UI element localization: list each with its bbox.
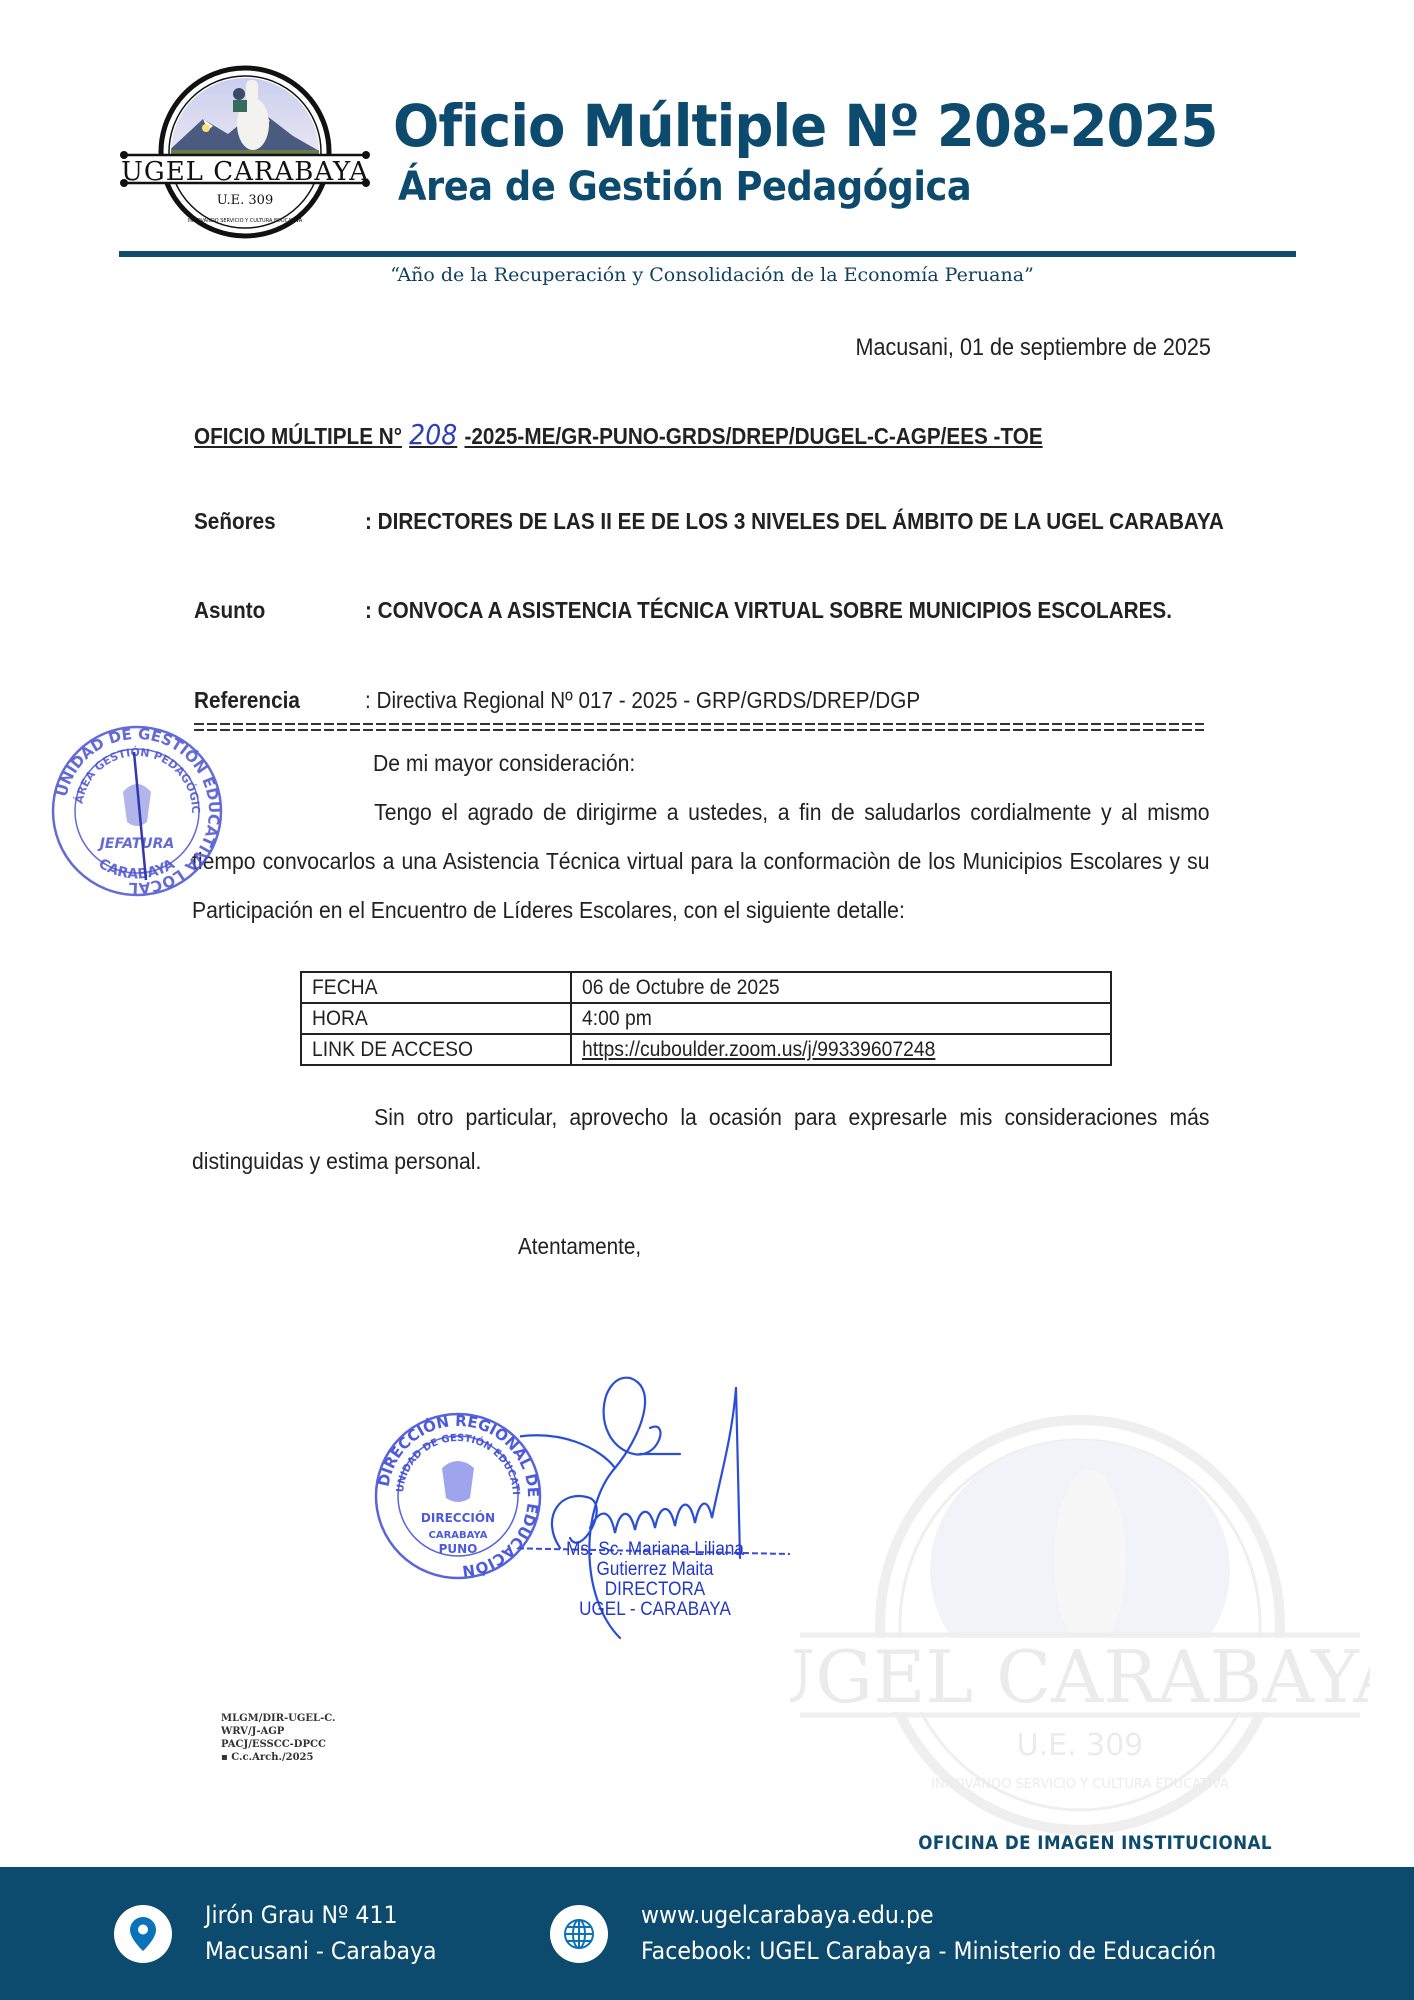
- address-line-1: Jirón Grau Nº 411: [205, 1897, 437, 1933]
- place-date: Macusani, 01 de septiembre de 2025: [856, 334, 1211, 362]
- detail-label: LINK DE ACCESO: [312, 1035, 473, 1064]
- field-value: : Directiva Regional Nº 017 - 2025 - GRP…: [365, 687, 920, 713]
- table-row: FECHA 06 de Octubre de 2025: [301, 972, 1111, 1003]
- oficio-reference: OFICIO MÚLTIPLE N°208-2025-ME/GR-PUNO-GR…: [194, 418, 1043, 451]
- office-label: OFICINA DE IMAGEN INSTITUCIONAL: [918, 1832, 1272, 1854]
- details-table: FECHA 06 de Octubre de 2025 HORA 4:00 pm…: [300, 971, 1112, 1066]
- jefatura-stamp: UNIDAD DE GESTIÓN EDUCATIVA LOCAL ÁREA G…: [48, 722, 226, 900]
- facebook-link[interactable]: Facebook: UGEL Carabaya - Ministerio de …: [641, 1933, 1216, 1969]
- detail-value: 4:00 pm: [582, 1004, 652, 1033]
- closing-paragraph: Sin otro particular, aprovecho la ocasió…: [192, 1095, 1210, 1183]
- table-row: HORA 4:00 pm: [301, 1003, 1111, 1034]
- watermark-logo: UGEL CARABAYA U.E. 309 INNOVANDO SERVICI…: [790, 1410, 1370, 1840]
- detail-value: 06 de Octubre de 2025: [582, 973, 780, 1002]
- svg-text:U.E. 309: U.E. 309: [1017, 1728, 1144, 1763]
- oficio-handwritten-number: 208: [402, 418, 465, 451]
- svg-text:UGEL CARABAYA: UGEL CARABAYA: [790, 1635, 1370, 1719]
- field-senores: Señores: DIRECTORES DE LAS II EE DE LOS …: [194, 508, 1224, 535]
- detail-label: HORA: [312, 1004, 368, 1033]
- detail-label: FECHA: [312, 973, 377, 1002]
- field-value: : CONVOCA A ASISTENCIA TÉCNICA VIRTUAL S…: [365, 597, 1172, 623]
- table-row: LINK DE ACCESO https://cuboulder.zoom.us…: [301, 1034, 1111, 1065]
- svg-text:INNOVANDO SERVICIO Y CULTURA E: INNOVANDO SERVICIO Y CULTURA EDUCATIVA: [931, 1777, 1229, 1792]
- reference-initials: MLGM/DIR-UGEL-C. WRV/J-AGP PACJ/ESSCC-DP…: [221, 1712, 336, 1764]
- globe-icon: [550, 1905, 608, 1963]
- field-referencia: Referencia: Directiva Regional Nº 017 - …: [194, 687, 920, 714]
- document-title: Oficio Múltiple Nº 208-2025: [393, 92, 1218, 160]
- svg-text:UGEL CARABAYA: UGEL CARABAYA: [121, 157, 369, 187]
- direccion-stamp: DIRECCIÓN REGIONAL DE EDUCACIÓN UNIDAD D…: [372, 1410, 544, 1582]
- salutation: De mi mayor consideración:: [373, 750, 635, 777]
- address-line-2: Macusani - Carabaya: [205, 1933, 437, 1969]
- field-label: Asunto: [194, 597, 365, 624]
- oficio-prefix: OFICIO MÚLTIPLE N°: [194, 423, 402, 449]
- svg-text:PUNO: PUNO: [439, 1542, 478, 1556]
- signatory-block: Ms. Sc. Mariana Liliana Gutierrez Maita …: [538, 1540, 772, 1620]
- ugel-carabaya-logo: UGEL CARABAYA U.E. 309 INNOVANDO SERVICI…: [118, 64, 372, 244]
- double-dashed-separator: [194, 720, 1204, 734]
- svg-text:INNOVANDO SERVICIO Y CULTURA E: INNOVANDO SERVICIO Y CULTURA EDUCATIVA: [188, 218, 303, 224]
- oficio-suffix: -2025-ME/GR-PUNO-GRDS/DREP/DUGEL-C-AGP/E…: [464, 423, 1042, 449]
- field-label: Señores: [194, 508, 365, 535]
- svg-text:DIRECCIÓN: DIRECCIÓN: [421, 1510, 495, 1525]
- header-divider: [119, 251, 1296, 257]
- field-value: : DIRECTORES DE LAS II EE DE LOS 3 NIVEL…: [365, 508, 1224, 534]
- closing-salutation: Atentamente,: [518, 1233, 641, 1260]
- website-link[interactable]: www.ugelcarabaya.edu.pe: [641, 1897, 1216, 1933]
- svg-text:U.E. 309: U.E. 309: [217, 193, 273, 208]
- field-asunto: Asunto: CONVOCA A ASISTENCIA TÉCNICA VIR…: [194, 597, 1172, 624]
- signatory-org: UGEL - CARABAYA: [538, 1600, 772, 1620]
- body-paragraph: Tengo el agrado de dirigirme a ustedes, …: [192, 788, 1210, 935]
- field-label: Referencia: [194, 687, 365, 714]
- svg-text:CARABAYA: CARABAYA: [429, 1530, 488, 1541]
- svg-text:JEFATURA: JEFATURA: [97, 836, 175, 852]
- zoom-access-link[interactable]: https://cuboulder.zoom.us/j/99339607248: [582, 1038, 935, 1061]
- signatory-role: DIRECTORA: [538, 1580, 772, 1600]
- signatory-name: Ms. Sc. Mariana Liliana Gutierrez Maita: [538, 1540, 772, 1580]
- web-contact: www.ugelcarabaya.edu.pe Facebook: UGEL C…: [641, 1897, 1216, 1969]
- year-motto: “Año de la Recuperación y Consolidación …: [5, 264, 1414, 286]
- address: Jirón Grau Nº 411 Macusani - Carabaya: [205, 1897, 437, 1969]
- area-subtitle: Área de Gestión Pedagógica: [398, 164, 971, 210]
- folder-icon: ▪: [221, 1752, 231, 1763]
- footer: Jirón Grau Nº 411 Macusani - Carabaya ww…: [0, 1867, 1414, 2000]
- location-pin-icon: [114, 1905, 172, 1963]
